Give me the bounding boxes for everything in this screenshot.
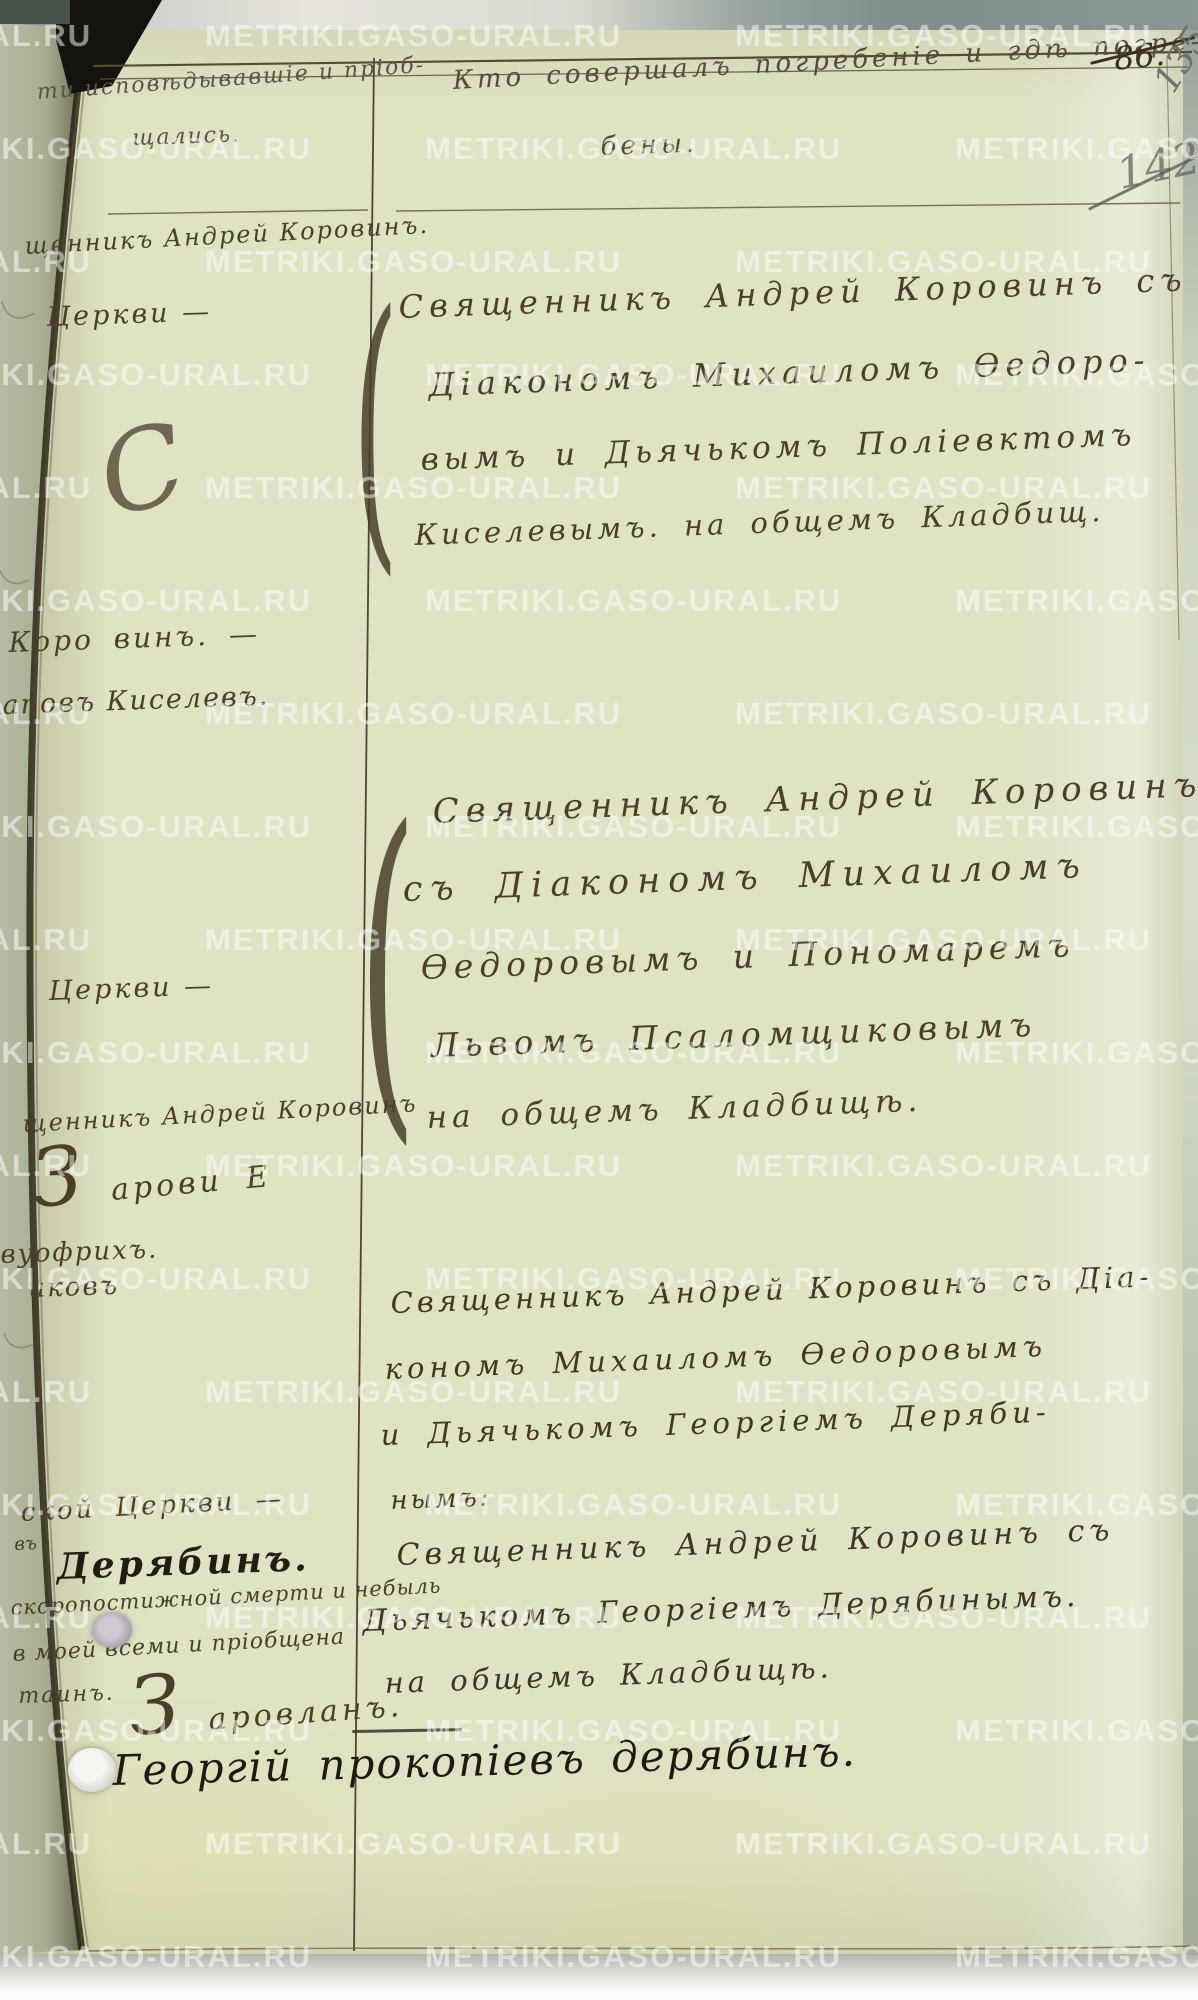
margin-scribble	[0, 562, 29, 589]
punch-hole-upper	[92, 1612, 132, 1648]
entry4-left-line2: въ	[14, 1533, 37, 1555]
page-right-edge	[1181, 30, 1198, 1955]
scan-corner-dark	[0, 0, 70, 24]
right-column-header-line2: бены.	[600, 129, 699, 162]
entry4-left-name-bold: Дерябинъ.	[56, 1537, 310, 1588]
entry3-left-line1: Церкви —	[48, 970, 215, 1007]
entry1-brace: (	[352, 252, 399, 601]
entry3-left-line4: вуофрихъ.	[0, 1234, 159, 1269]
left-column-header-line2: щались.	[132, 122, 241, 151]
scan-bottom-strip	[0, 1950, 1198, 2000]
scanned-register-page: ти исповѣдывавшіе и пріоб- щались. Кто с…	[0, 0, 1198, 2000]
punch-hole-lower	[68, 1748, 116, 1792]
entry3-right-line4: нымъ:	[390, 1482, 492, 1516]
entry4-left-line6: таинъ.	[18, 1681, 115, 1709]
entry3-left-line5: иковъ	[28, 1271, 119, 1304]
scan-top-strip	[0, 0, 1198, 34]
entry1-left-line2: Церкви —	[46, 296, 213, 333]
